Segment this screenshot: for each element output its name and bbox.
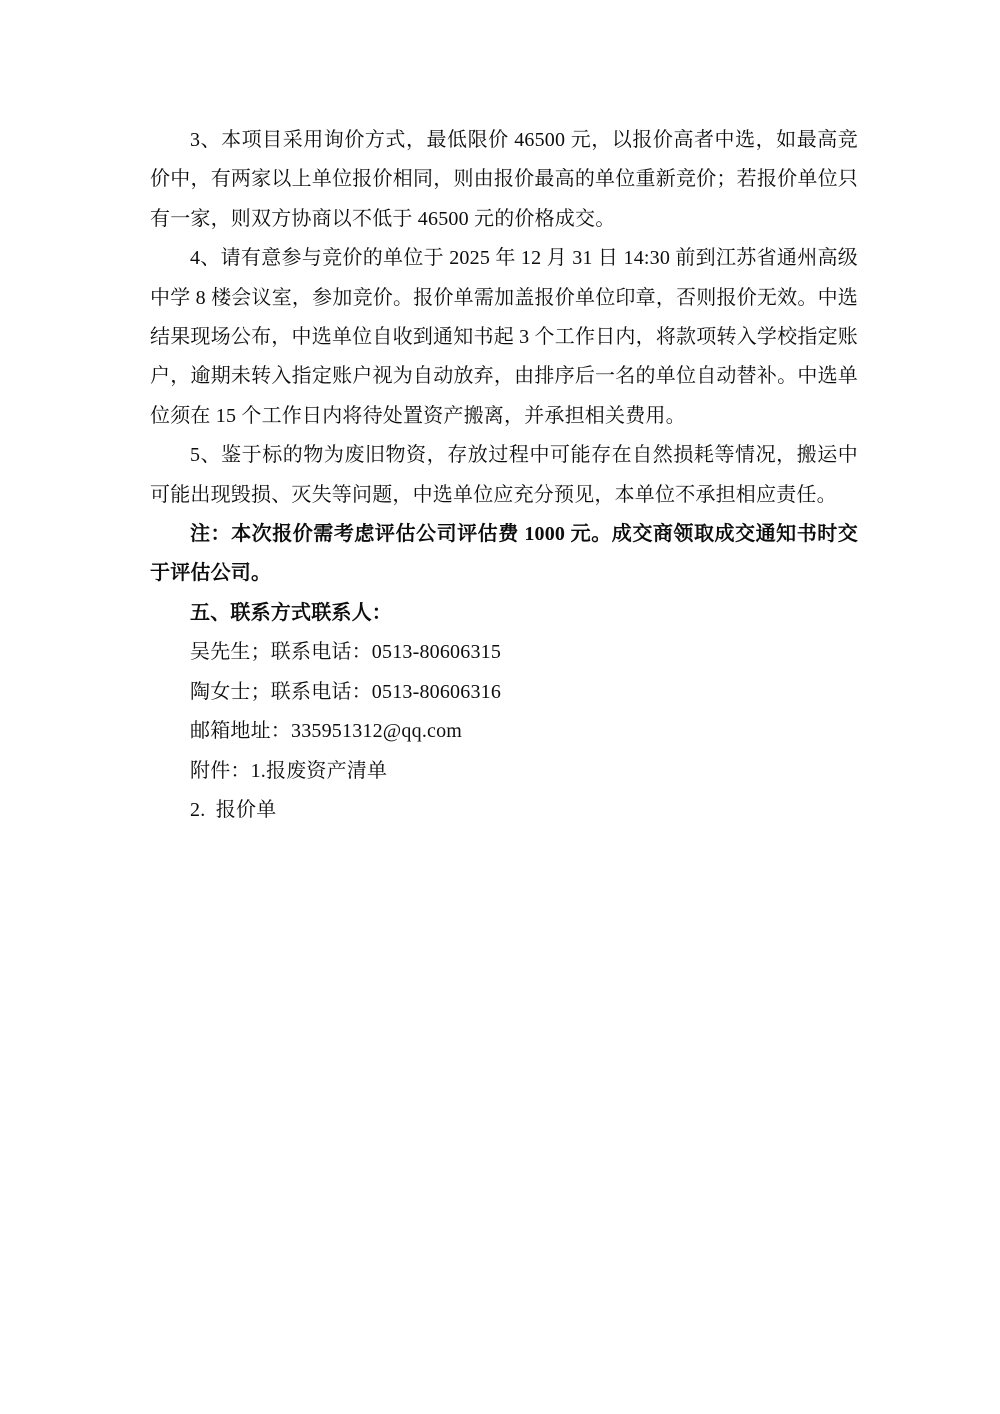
- paragraph-contact-wu: 吴先生；联系电话：0513-80606315: [150, 633, 858, 672]
- paragraph-attachment-2: 2. 报价单: [150, 791, 858, 830]
- paragraph-item-3: 3、本项目采用询价方式，最低限价 46500 元，以报价高者中选，如最高竞价中，…: [150, 121, 858, 239]
- paragraph-item-4: 4、请有意参与竞价的单位于 2025 年 12 月 31 日 14:30 前到江…: [150, 239, 858, 436]
- paragraph-item-5: 5、鉴于标的物为废旧物资，存放过程中可能存在自然损耗等情况，搬运中可能出现毁损、…: [150, 436, 858, 515]
- paragraph-section-5-heading: 五、联系方式联系人：: [150, 594, 858, 633]
- paragraph-contact-tao: 陶女士；联系电话：0513-80606316: [150, 673, 858, 712]
- paragraph-email: 邮箱地址：335951312@qq.com: [150, 712, 858, 751]
- paragraph-note: 注：本次报价需考虑评估公司评估费 1000 元。成交商领取成交通知书时交于评估公…: [150, 515, 858, 594]
- paragraph-attachment-1: 附件：1.报废资产清单: [150, 752, 858, 791]
- document-page: 3、本项目采用询价方式，最低限价 46500 元，以报价高者中选，如最高竞价中，…: [0, 0, 1000, 1414]
- document-body: 3、本项目采用询价方式，最低限价 46500 元，以报价高者中选，如最高竞价中，…: [150, 121, 858, 830]
